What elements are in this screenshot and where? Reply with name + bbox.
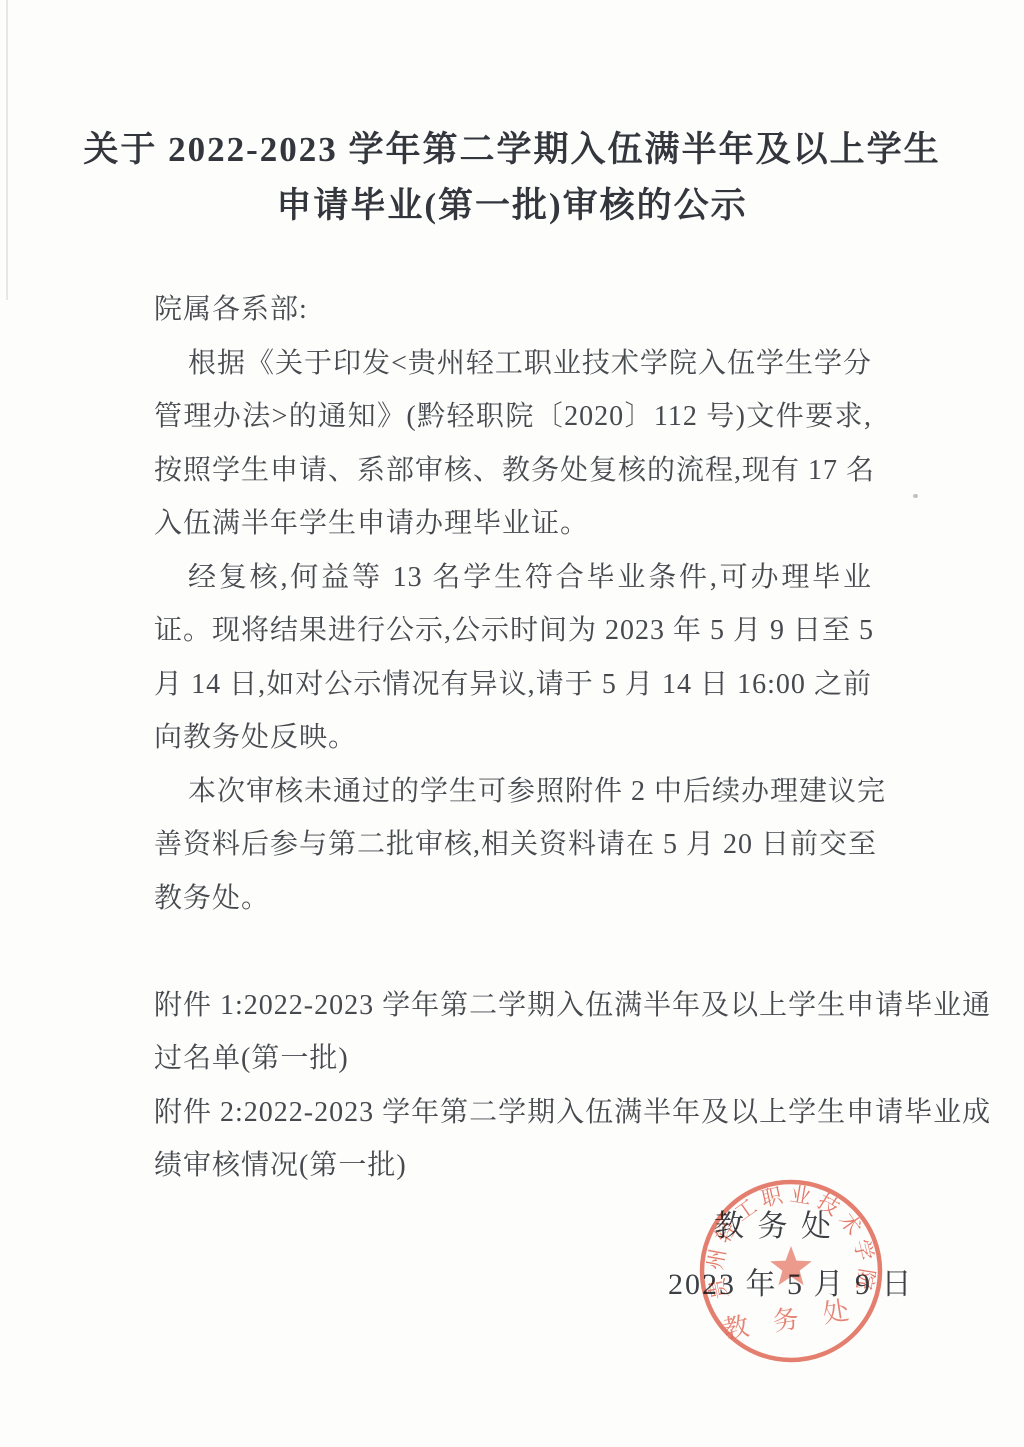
star-icon (770, 1246, 812, 1285)
attachment-line: 附件 2:2022-2023 学年第二学期入伍满半年及以上学生申请毕业成 (154, 1086, 872, 1140)
paragraph-line: 按照学生申请、系部审核、教务处复核的流程,现有 17 名 (154, 444, 872, 498)
paragraph-line: 管理办法>的通知》(黔轻职院〔2020〕112 号)文件要求, (154, 390, 872, 444)
svg-text:贵州轻工职业技术学院: 贵州轻工职业技术学院 (703, 1182, 879, 1301)
salutation-line: 院属各系部: (154, 283, 872, 337)
paragraph-line: 善资料后参与第二批审核,相关资料请在 5 月 20 日前交至 (154, 818, 872, 872)
paragraph-line: 月 14 日,如对公示情况有异议,请于 5 月 14 日 16:00 之前 (154, 658, 872, 712)
paragraph-line: 向教务处反映。 (154, 711, 872, 765)
document-page: 关于 2022-2023 学年第二学期入伍满半年及以上学生 申请毕业(第一批)审… (0, 0, 1024, 1447)
paragraph-line: 经复核,何益等 13 名学生符合毕业条件,可办理毕业 (154, 551, 872, 605)
document-title: 关于 2022-2023 学年第二学期入伍满半年及以上学生 申请毕业(第一批)审… (0, 122, 1024, 234)
document-body: 院属各系部: 根据《关于印发<贵州轻工职业技术学院入伍学生学分 管理办法>的通知… (154, 283, 872, 1193)
title-line-2: 申请毕业(第一批)审核的公示 (0, 178, 1024, 234)
blank-line (154, 925, 872, 979)
paragraph-line: 本次审核未通过的学生可参照附件 2 中后续办理建议完 (154, 765, 872, 819)
title-line-1: 关于 2022-2023 学年第二学期入伍满半年及以上学生 (0, 122, 1024, 178)
paragraph-line: 证。现将结果进行公示,公示时间为 2023 年 5 月 9 日至 5 (154, 604, 872, 658)
scan-speck-artifact (913, 494, 918, 498)
attachment-line: 过名单(第一批) (154, 1032, 872, 1086)
seal-bottom-text: 教 务 处 (721, 1295, 860, 1345)
paragraph-line: 入伍满半年学生申请办理毕业证。 (154, 497, 872, 551)
paragraph-line: 教务处。 (154, 872, 872, 926)
seal-arc-text: 贵州轻工职业技术学院 (703, 1182, 879, 1301)
paragraph-line: 根据《关于印发<贵州轻工职业技术学院入伍学生学分 (154, 337, 872, 391)
attachment-line: 附件 1:2022-2023 学年第二学期入伍满半年及以上学生申请毕业通 (154, 979, 872, 1033)
official-seal: 贵州轻工职业技术学院 教 务 处 (695, 1176, 887, 1368)
